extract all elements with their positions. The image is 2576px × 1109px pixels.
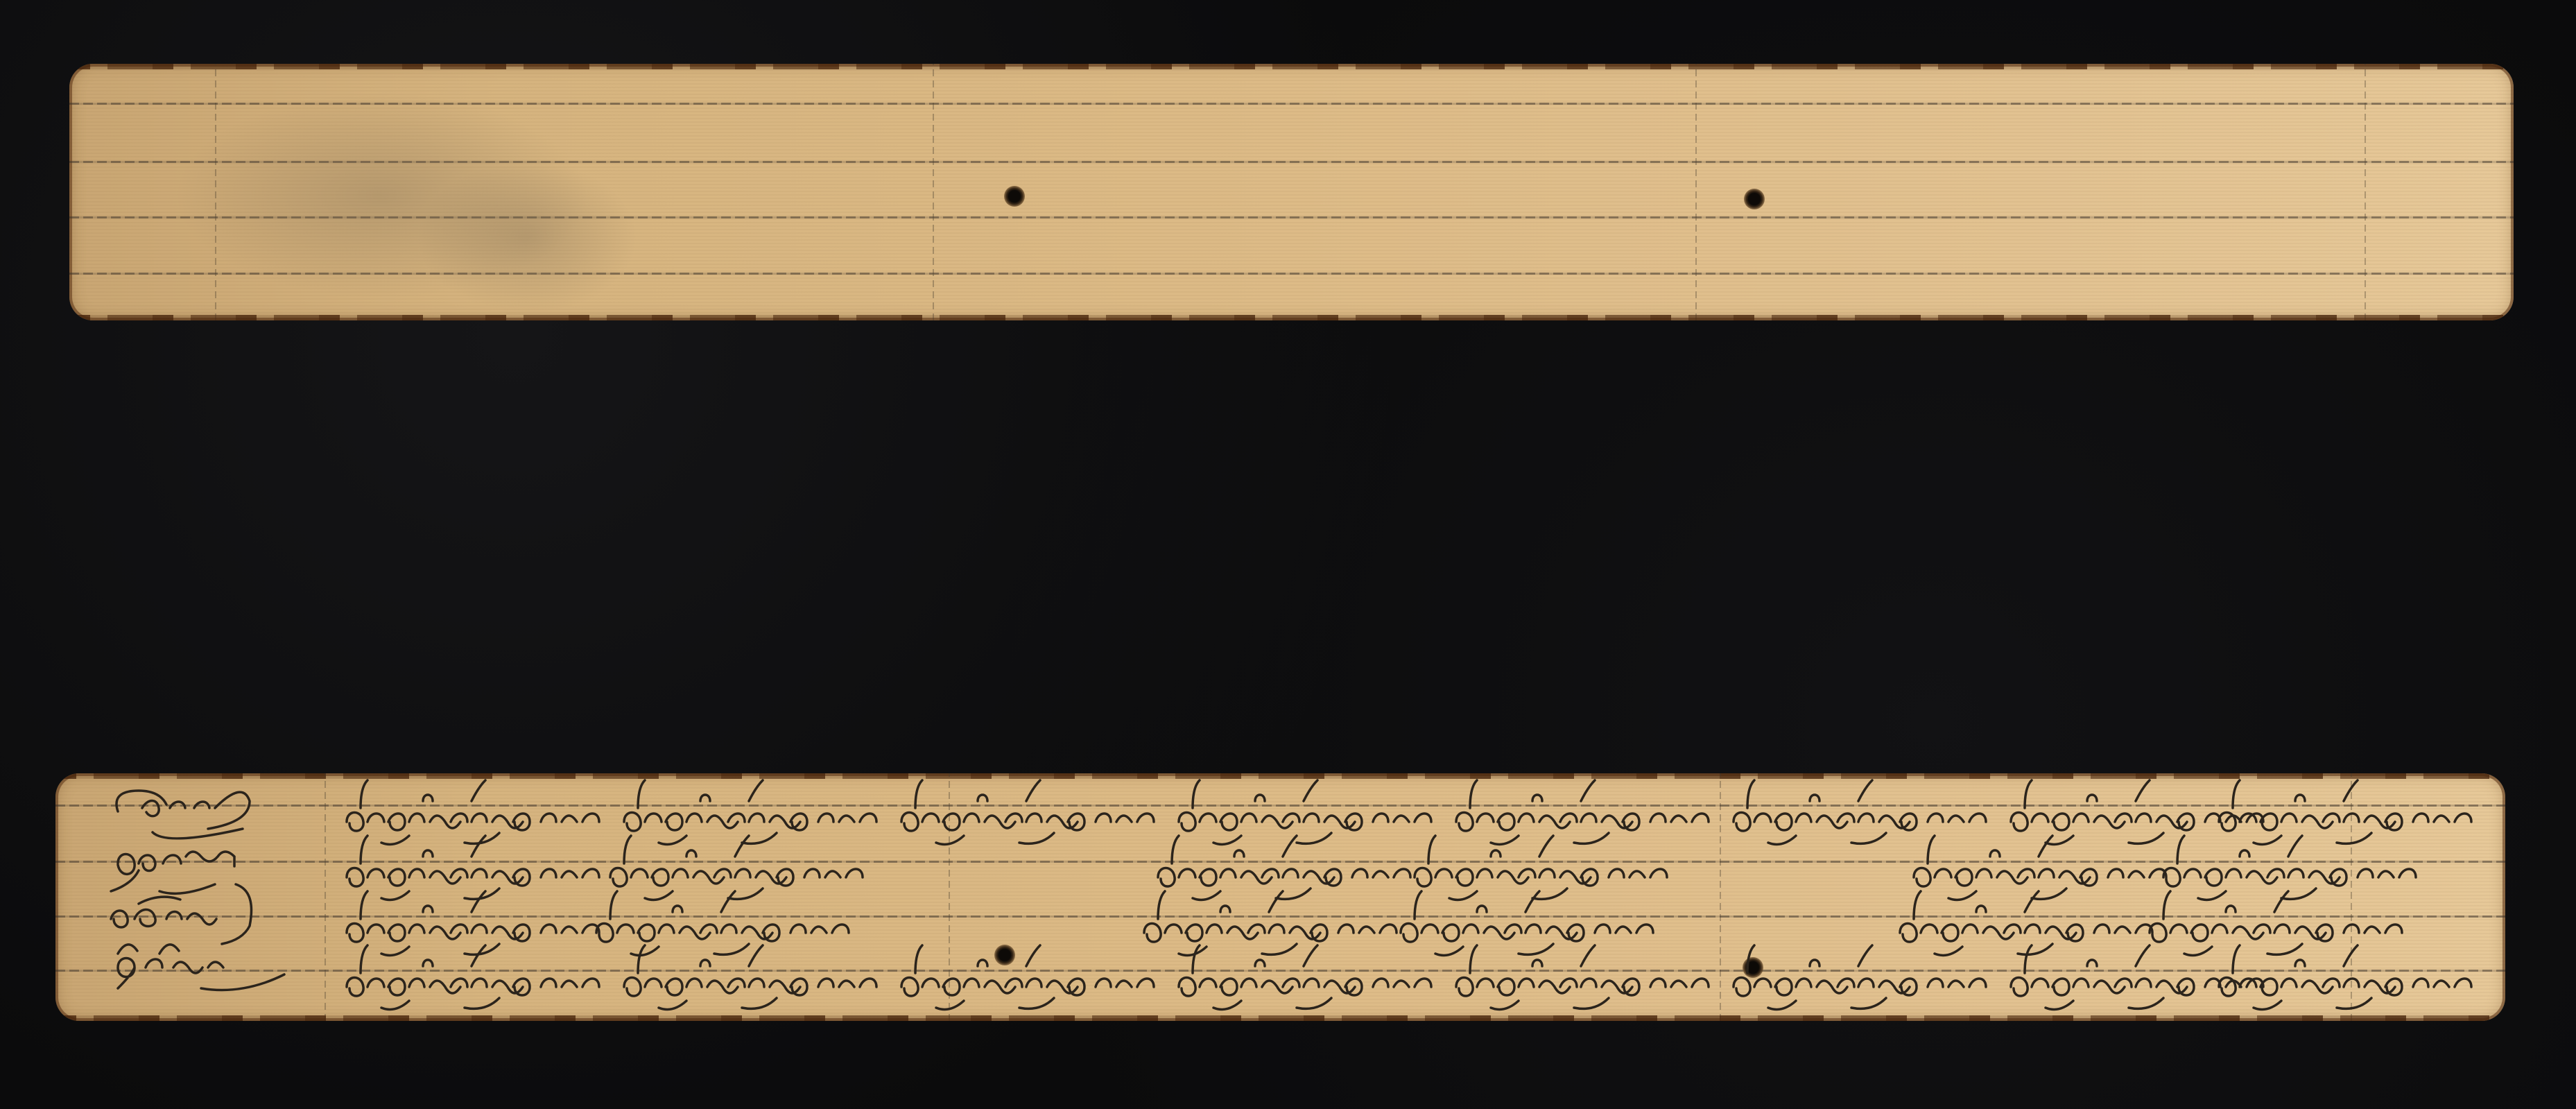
column-guide <box>933 64 934 320</box>
column-guide <box>1695 64 1697 320</box>
binding-hole-left <box>1004 186 1025 207</box>
binding-hole-right <box>1744 189 1765 209</box>
inscription-line-4 <box>340 938 2420 1015</box>
stain <box>416 161 638 313</box>
top-palm-leaf <box>69 64 2514 320</box>
margin-inscription <box>104 780 326 1016</box>
bottom-palm-leaf <box>55 773 2505 1021</box>
column-guide <box>2365 64 2366 320</box>
